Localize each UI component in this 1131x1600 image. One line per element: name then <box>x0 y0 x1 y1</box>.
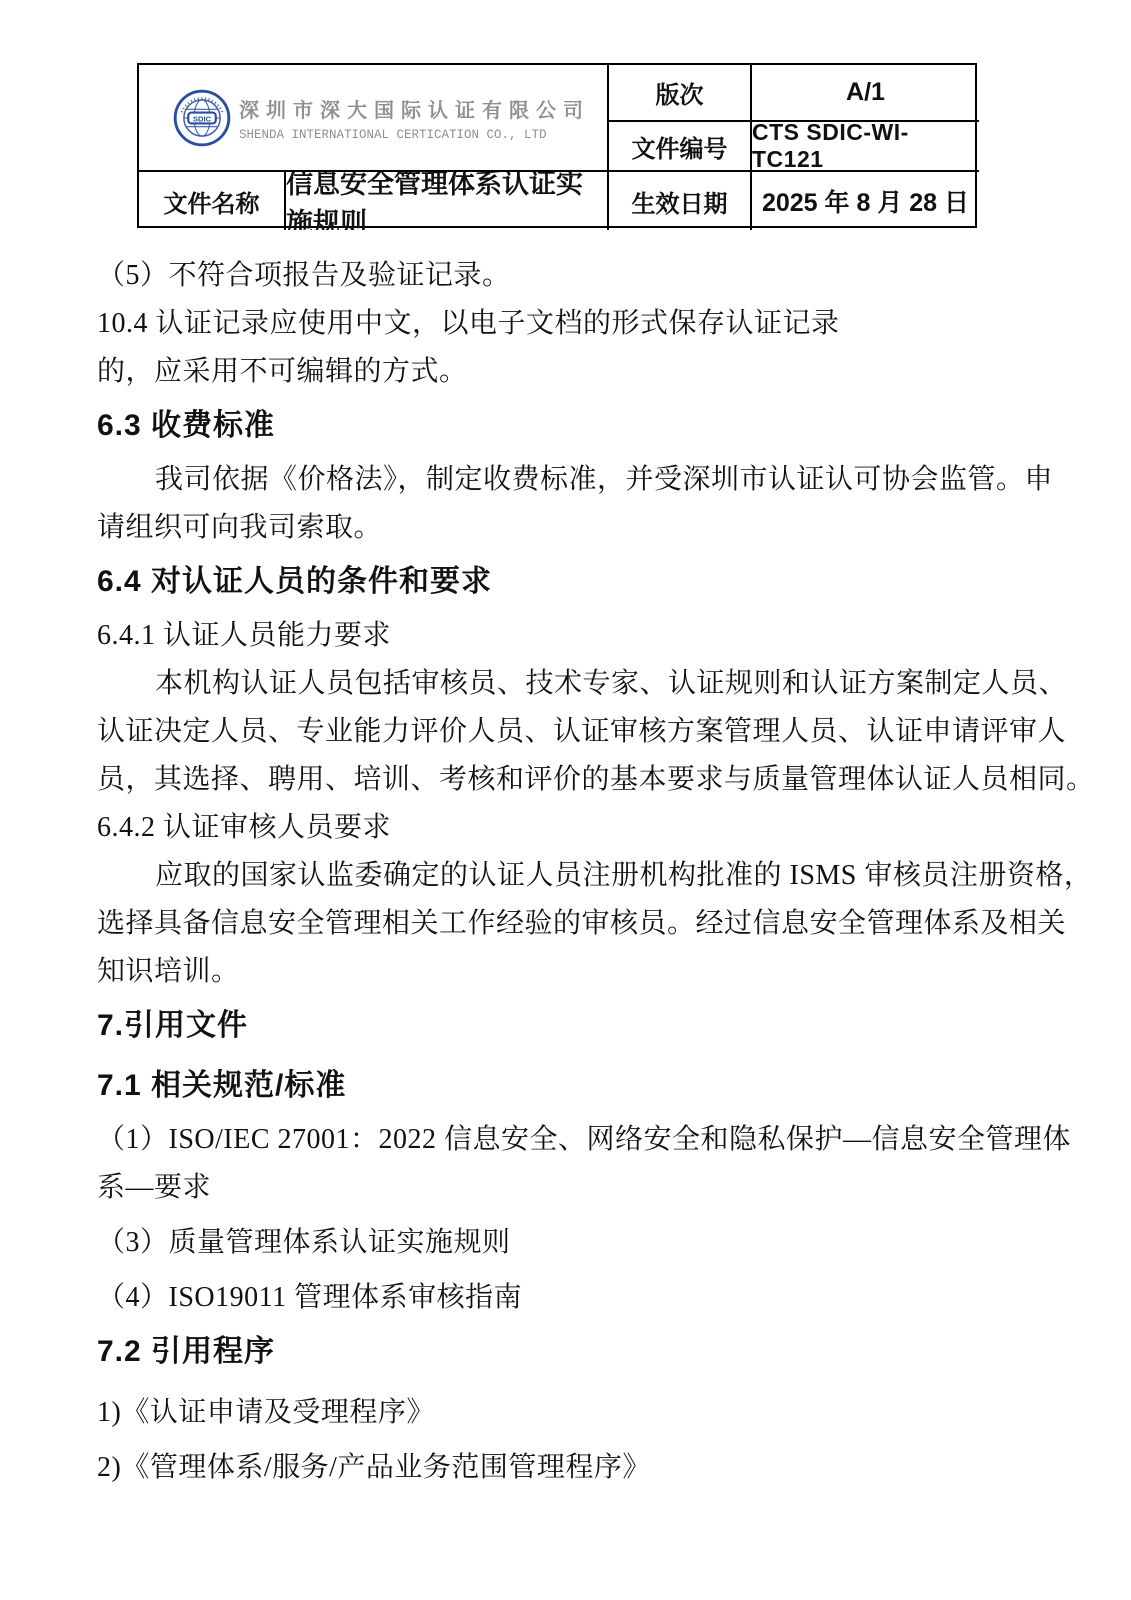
effective-date-value: 2025 年 8 月 28 日 <box>752 172 979 230</box>
text-line: 1)《认证申请及受理程序》 <box>97 1382 1009 1437</box>
text-line: 我司依据《价格法》，制定收费标准，并受深圳市认证认可协会监管。申 <box>97 456 1009 504</box>
effective-date-label: 生效日期 <box>609 172 752 230</box>
version-value: A/1 <box>752 65 979 122</box>
text-line: 员，其选择、聘用、培训、考核和评价的基本要求与质量管理体认证人员相同。 <box>97 756 1009 804</box>
version-label: 版次 <box>609 65 752 122</box>
text-line: 7.引用文件 <box>97 996 1009 1056</box>
company-name-en: SHENDA INTERNATIONAL CERTICATION CO., LT… <box>239 128 584 142</box>
text-line: 选择具备信息安全管理相关工作经验的审核员。经过信息安全管理体系及相关 <box>97 900 1009 948</box>
header-logo-cell: SDIC 深 圳 市 深 大 国 际 认 证 有 限 公 司 SHENDA IN… <box>139 65 609 172</box>
text-line: 本机构认证人员包括审核员、技术专家、认证规则和认证方案制定人员、 <box>97 660 1009 708</box>
company-names: 深 圳 市 深 大 国 际 认 证 有 限 公 司 SHENDA INTERNA… <box>239 94 584 142</box>
company-logo-icon: SDIC <box>173 89 231 147</box>
text-line: （4）ISO19011 管理体系审核指南 <box>97 1267 1009 1322</box>
text-line: 认证决定人员、专业能力评价人员、认证审核方案管理人员、认证申请评审人 <box>97 708 1009 756</box>
doc-name-value: 信息安全管理体系认证实施规则 <box>286 172 609 230</box>
text-line: 2)《管理体系/服务/产品业务范围管理程序》 <box>97 1437 1009 1492</box>
company-name-cn: 深 圳 市 深 大 国 际 认 证 有 限 公 司 <box>239 94 584 123</box>
document-page: SDIC 深 圳 市 深 大 国 际 认 证 有 限 公 司 SHENDA IN… <box>0 0 1131 1600</box>
header-table: SDIC 深 圳 市 深 大 国 际 认 证 有 限 公 司 SHENDA IN… <box>137 63 977 228</box>
doc-number-label: 文件编号 <box>609 122 752 172</box>
doc-name-label: 文件名称 <box>139 172 286 230</box>
text-line: 6.4.2 认证审核人员要求 <box>97 804 1009 852</box>
doc-number-value: CTS SDIC-WI-TC121 <box>752 122 979 172</box>
text-line: 系—要求 <box>97 1164 1009 1212</box>
text-line: 6.3 收费标准 <box>97 396 1009 456</box>
logo-sdic-text: SDIC <box>193 114 212 123</box>
text-line: 6.4.1 认证人员能力要求 <box>97 612 1009 660</box>
text-line: 请组织可向我司索取。 <box>97 504 1009 552</box>
text-line: （1）ISO/IEC 27001：2022 信息安全、网络安全和隐私保护—信息安… <box>97 1116 1009 1164</box>
text-line: 10.4 认证记录应使用中文，以电子文档的形式保存认证记录 <box>97 300 1009 348</box>
text-line: （5）不符合项报告及验证记录。 <box>97 252 1009 300</box>
document-body: （5）不符合项报告及验证记录。10.4 认证记录应使用中文，以电子文档的形式保存… <box>97 252 1009 1492</box>
text-line: （3）质量管理体系认证实施规则 <box>97 1212 1009 1267</box>
text-line: 应取的国家认监委确定的认证人员注册机构批准的 ISMS 审核员注册资格， <box>97 852 1009 900</box>
text-line: 的，应采用不可编辑的方式。 <box>97 348 1009 396</box>
text-line: 知识培训。 <box>97 948 1009 996</box>
text-line: 6.4 对认证人员的条件和要求 <box>97 552 1009 612</box>
text-line: 7.1 相关规范/标准 <box>97 1056 1009 1116</box>
text-line: 7.2 引用程序 <box>97 1322 1009 1382</box>
